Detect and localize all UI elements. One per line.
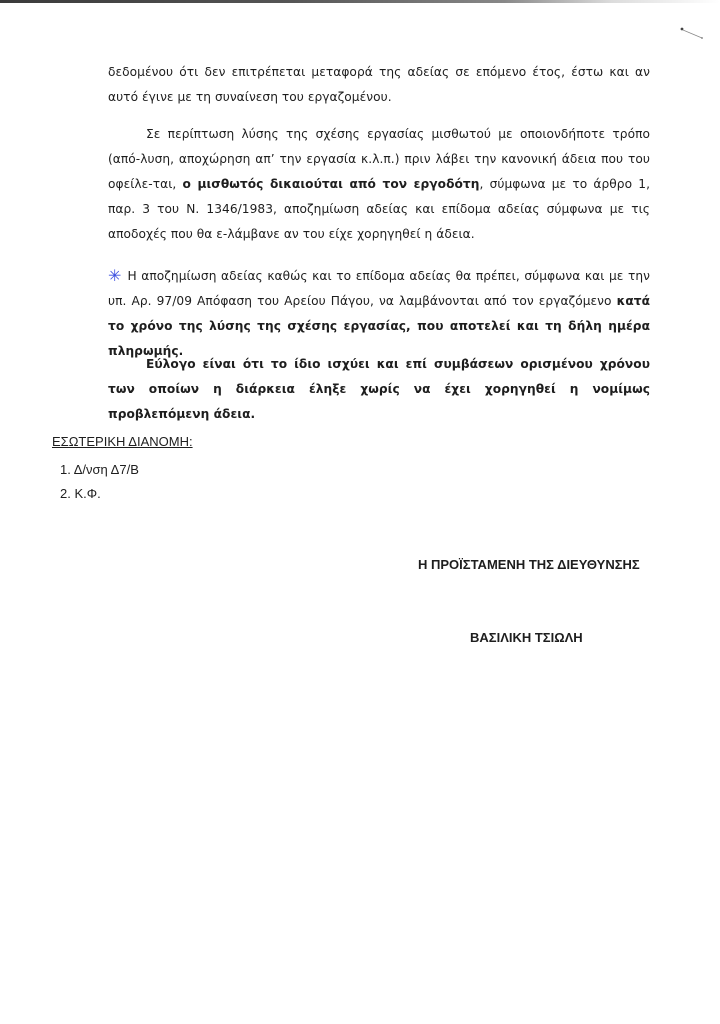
paragraph-2: Σε περίπτωση λύσης της σχέσης εργασίας μ… — [108, 122, 650, 247]
signatory-name: ΒΑΣΙΛΙΚΗ ΤΣΙΩΛΗ — [470, 630, 583, 645]
distribution-item: 1. Δ/νση Δ7/Β — [60, 458, 193, 482]
paragraph-2-text: Σε περίπτωση λύσης της σχέσης εργασίας μ… — [108, 122, 650, 247]
distribution-title: ΕΣΩΤΕΡΙΚΗ ΔΙΑΝΟΜΗ: — [52, 432, 193, 452]
paragraph-2-bold: ο μισθωτός δικαιούται από τον εργοδότη — [183, 177, 480, 191]
distribution-item: 2. Κ.Φ. — [60, 482, 193, 506]
paragraph-3-part1: Η αποζημίωση αδείας καθώς και το επίδομα… — [108, 269, 650, 308]
paragraph-4: Εύλογο είναι ότι το ίδιο ισχύει και επί … — [108, 352, 650, 427]
paragraph-3: ✳Η αποζημίωση αδείας καθώς και το επίδομ… — [108, 262, 650, 364]
asterisk-icon: ✳ — [108, 263, 121, 288]
internal-distribution: ΕΣΩΤΕΡΙΚΗ ΔΙΑΝΟΜΗ: 1. Δ/νση Δ7/Β 2. Κ.Φ. — [52, 432, 193, 506]
paragraph-4-text: Εύλογο είναι ότι το ίδιο ισχύει και επί … — [108, 352, 650, 427]
signature-title: Η ΠΡΟΪΣΤΑΜΕΝΗ ΤΗΣ ΔΙΕΥΘΥΝΣΗΣ — [418, 557, 640, 572]
scan-edge — [0, 0, 720, 3]
paragraph-1: δεδομένου ότι δεν επιτρέπεται μεταφορά τ… — [108, 60, 650, 110]
paragraph-1-text: δεδομένου ότι δεν επιτρέπεται μεταφορά τ… — [108, 60, 650, 110]
paragraph-3-text: ✳Η αποζημίωση αδείας καθώς και το επίδομ… — [108, 262, 650, 364]
pen-mark-icon — [678, 24, 706, 42]
